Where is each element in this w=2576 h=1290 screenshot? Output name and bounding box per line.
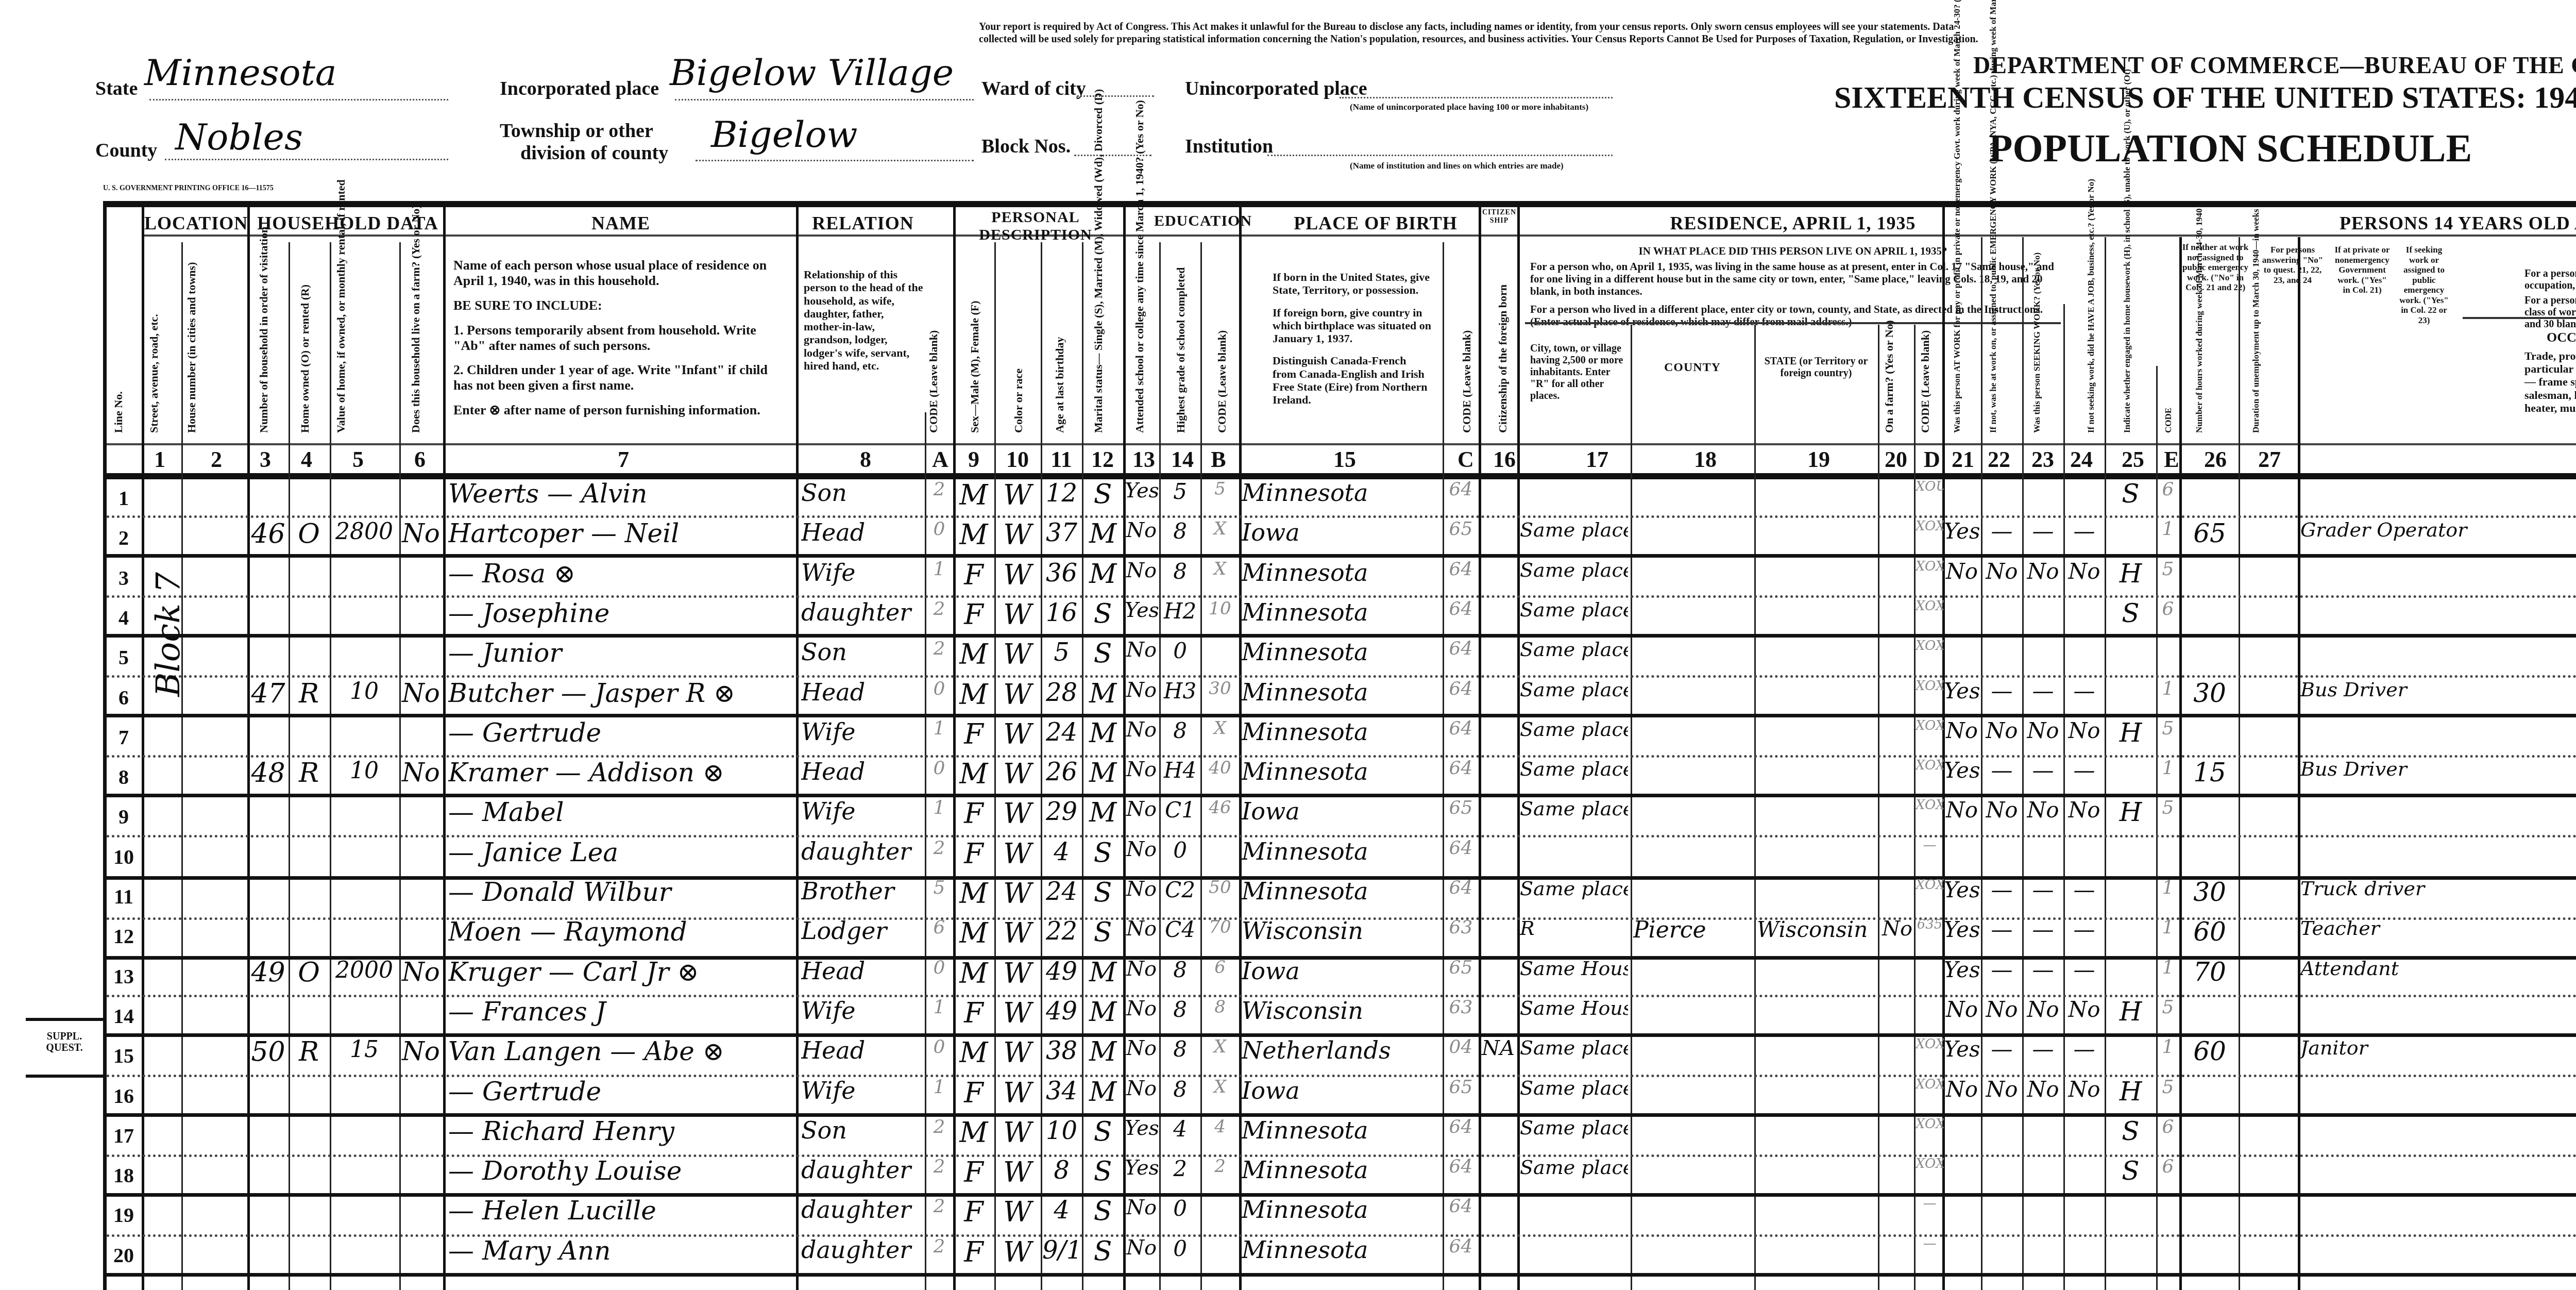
cell-race: W [997, 997, 1038, 1029]
cell-code-b: X [1202, 1036, 1238, 1057]
cell-grade: 2 [1161, 1156, 1199, 1181]
cell-line: 7 [106, 725, 142, 749]
county-header: COUNTY [1633, 361, 1752, 375]
cell-code-a: 0 [926, 1036, 952, 1058]
colnum-6: 6 [410, 446, 430, 473]
cell-name: Kruger — Carl Jr ⊗ [448, 957, 793, 987]
cell-c22: — [1982, 518, 2021, 544]
cell-birthplace: Minnesota [1242, 1196, 1443, 1224]
cell-relation: Lodger [801, 917, 922, 945]
cell-c22: No [1982, 997, 2021, 1022]
cell-farm: No [400, 518, 442, 548]
cell-race: W [997, 678, 1038, 711]
cell-line: 14 [106, 1004, 142, 1028]
cell-age: 12 [1042, 479, 1081, 508]
cell-code-a: 1 [926, 559, 952, 580]
cell-code-d: XOXO [1916, 797, 1944, 813]
cell-res-city: Same place [1520, 877, 1628, 900]
cell-res-state: Wisconsin [1757, 917, 1875, 942]
cell-age: 4 [1042, 837, 1081, 866]
cell-c23: No [2024, 997, 2062, 1022]
cell-sex: F [956, 1077, 992, 1109]
cell-race: W [997, 917, 1038, 949]
cell-age: 34 [1042, 1077, 1081, 1105]
unincorporated-line [1340, 97, 1613, 98]
cell-name: Moen — Raymond [448, 917, 793, 947]
cell-occupation: Attendant [2300, 957, 2573, 980]
county-value: Nobles [175, 116, 303, 158]
cell-name: — Mabel [448, 797, 793, 827]
cell-c24: — [2065, 678, 2104, 703]
cell-farm: No [400, 758, 442, 788]
incorporated-place-label: Incorporated place [500, 77, 659, 100]
cell-birthplace: Netherlands [1242, 1036, 1443, 1064]
cell-grade: 5 [1161, 479, 1199, 504]
cell-code-c: 64 [1444, 877, 1478, 898]
vh-code-c: CODE (Leave blank) [1461, 320, 1472, 433]
cell-code-b: 5 [1202, 479, 1238, 499]
colnum-8: 8 [855, 446, 876, 473]
cell-code-d: XOXO [1916, 638, 1944, 654]
cell-school: No [1125, 957, 1158, 981]
cell-name: Kramer — Addison ⊗ [448, 758, 793, 788]
cell-name: — Donald Wilbur [448, 877, 793, 907]
ward-line [1077, 95, 1154, 97]
if-private-instructions: If at private or nonemergency Government… [2334, 245, 2391, 295]
printer-note: U. S. GOVERNMENT PRINTING OFFICE 16—1157… [103, 185, 274, 193]
colnum-12: 12 [1087, 446, 1118, 473]
cell-code-a: 2 [926, 479, 952, 500]
cell-c25: H [2106, 797, 2155, 827]
occupation-instructions: For a person at work, assigned to public… [2524, 268, 2576, 330]
cell-race: W [997, 1077, 1038, 1109]
cell-c23: No [2024, 718, 2062, 743]
vh-household-number: Number of household in order of visitati… [258, 247, 269, 433]
cell-code-e: 1 [2158, 518, 2178, 540]
cell-farm: No [400, 678, 442, 708]
cell-c23: — [2024, 678, 2062, 703]
cell-code-e: 1 [2158, 1036, 2178, 1058]
vh-code-a: CODE (Leave blank) [927, 335, 939, 433]
cell-owned: R [290, 1036, 328, 1067]
cell-code-b: 2 [1202, 1156, 1238, 1177]
cell-c22: No [1982, 1077, 2021, 1102]
cell-line: 8 [106, 765, 142, 789]
cell-house: 46 [249, 518, 287, 549]
group-residence: RESIDENCE, APRIL 1, 1935 [1525, 212, 2061, 234]
cell-code-c: 64 [1444, 1236, 1478, 1257]
cell-age: 36 [1042, 559, 1081, 588]
cell-birthplace: Minnesota [1242, 1236, 1443, 1264]
cell-birthplace: Iowa [1242, 957, 1443, 985]
cell-c23: — [2024, 917, 2062, 942]
cell-c22: — [1982, 917, 2021, 942]
cell-value: 15 [331, 1036, 398, 1063]
colnum-B: B [1208, 446, 1229, 473]
colnum-27: 27 [2254, 446, 2285, 473]
cell-school: Yes [1125, 598, 1158, 622]
cell-relation: Head [801, 1036, 922, 1064]
cell-value: 10 [331, 678, 398, 705]
cell-marital: M [1083, 997, 1122, 1028]
notice-line-1: Your report is required by Act of Congre… [979, 21, 2576, 33]
cell-res-city: Same place [1520, 598, 1628, 621]
cell-code-d: XOXO [1916, 559, 1944, 574]
cell-c21: Yes [1944, 758, 1980, 783]
cell-code-d: XOXO [1916, 598, 1944, 614]
cell-school: No [1125, 837, 1158, 861]
cell-code-c: 64 [1444, 758, 1478, 779]
cell-code-e: 5 [2158, 797, 2178, 818]
vh-col21: Was this person AT WORK for pay or profi… [1953, 242, 1962, 433]
cell-age: 49 [1042, 997, 1081, 1026]
cell-grade: H4 [1161, 758, 1199, 783]
cell-code-a: 0 [926, 758, 952, 779]
cell-c24: No [2065, 997, 2104, 1022]
colnum-1: 1 [144, 446, 175, 473]
cell-birthplace: Minnesota [1242, 837, 1443, 865]
cell-age: 28 [1042, 678, 1081, 707]
cell-c24: — [2065, 1036, 2104, 1062]
cell-c22: No [1982, 718, 2021, 743]
cell-line: 18 [106, 1163, 142, 1187]
cell-race: W [997, 877, 1038, 910]
vh-age: Age at last birthday [1054, 309, 1065, 433]
row-rule [107, 1273, 2576, 1277]
cell-line: 9 [106, 805, 142, 829]
table-row: 246O2800NoHartcoper — NeilHead0MW37MNo8X… [0, 516, 2576, 556]
cell-birthplace: Minnesota [1242, 1156, 1443, 1184]
cell-code-d: XOXO [1916, 1077, 1944, 1092]
cell-age: 38 [1042, 1036, 1081, 1065]
cell-res-city: Same place [1520, 718, 1628, 741]
cell-hours: 70 [2182, 957, 2238, 987]
table-row: 1Weerts — AlvinSon2MW12SYes55Minnesota64… [0, 477, 2576, 516]
cell-c23: — [2024, 1036, 2062, 1062]
cell-c25: S [2106, 1156, 2155, 1186]
if-seeking-instructions: If seeking work or assigned to public em… [2396, 245, 2452, 325]
group-birth: PLACE OF BIRTH [1273, 212, 1479, 234]
colnum-4: 4 [296, 446, 317, 473]
cell-code-d: XOXO [1916, 1036, 1944, 1052]
cell-race: W [997, 957, 1038, 990]
cell-code-b: 50 [1202, 877, 1238, 898]
cell-res-city: Same place [1520, 1077, 1628, 1099]
cell-age: 37 [1042, 518, 1081, 547]
cell-code-b: 8 [1202, 997, 1238, 1017]
vh-col24: If not seeking work, did he HAVE A JOB, … [2087, 309, 2096, 433]
cell-name: Weerts — Alvin [448, 479, 793, 509]
table-row: 1349O2000NoKruger — Carl Jr ⊗Head0MW49MN… [0, 955, 2576, 995]
cell-birthplace: Minnesota [1242, 559, 1443, 587]
cell-race: W [997, 718, 1038, 750]
cell-school: No [1125, 1077, 1158, 1100]
vh-code-b: CODE (Leave blank) [1216, 320, 1228, 433]
cell-code-a: 0 [926, 957, 952, 978]
vh-line-no: Line No. [112, 268, 124, 433]
cell-school: No [1125, 1036, 1158, 1060]
colnum-10: 10 [1002, 446, 1033, 473]
cell-code-b: 6 [1202, 957, 1238, 978]
cell-c25: H [2106, 718, 2155, 748]
cell-race: W [997, 479, 1038, 511]
cell-c24: — [2065, 877, 2104, 902]
cell-c22: — [1982, 678, 2021, 703]
cell-hours: 30 [2182, 877, 2238, 907]
cell-c25: H [2106, 1077, 2155, 1107]
cell-line: 6 [106, 685, 142, 710]
block-label: Block Nos. [981, 135, 1071, 158]
cell-code-c: 64 [1444, 1156, 1478, 1177]
cell-sex: M [956, 877, 992, 910]
vh-color: Color or race [1012, 335, 1024, 433]
cell-owned: O [290, 518, 328, 549]
cell-code-a: 5 [926, 877, 952, 898]
cell-value: 2000 [331, 957, 398, 983]
cell-c25: S [2106, 479, 2155, 509]
cell-race: W [997, 758, 1038, 790]
cell-c21: No [1944, 997, 1980, 1022]
cell-code-a: 1 [926, 797, 952, 818]
cell-sex: M [956, 1036, 992, 1069]
cell-c21: No [1944, 1077, 1980, 1102]
cell-sex: F [956, 1236, 992, 1268]
occupation-sub-rule [2463, 317, 2576, 319]
cell-grade: 0 [1161, 837, 1199, 863]
cell-code-b: 30 [1202, 678, 1238, 699]
cell-grade: 0 [1161, 1236, 1199, 1261]
cell-grade: 8 [1161, 1077, 1199, 1102]
cell-c24: No [2065, 718, 2104, 743]
cell-relation: Son [801, 638, 922, 666]
cell-c23: No [2024, 559, 2062, 584]
state-header: STATE (or Territory or foreign country) [1757, 356, 1875, 379]
cell-code-a: 2 [926, 1116, 952, 1137]
cell-race: W [997, 1156, 1038, 1188]
colnum-C: C [1455, 446, 1476, 473]
cell-birthplace: Minnesota [1242, 718, 1443, 746]
census-title: SIXTEENTH CENSUS OF THE UNITED STATES: 1… [1834, 80, 2576, 115]
cell-occupation: Grader Operator [2300, 518, 2573, 541]
cell-sex: M [956, 957, 992, 990]
table-row: 17— Richard HenrySon2MW10SYes44Minnesota… [0, 1114, 2576, 1154]
colnum-23: 23 [2027, 446, 2058, 473]
cell-value: 2800 [331, 518, 398, 545]
vh-col27: Duration of unemployment up to March 30,… [2251, 330, 2261, 433]
cell-code-b: X [1202, 518, 1238, 539]
cell-code-c: 64 [1444, 638, 1478, 659]
cell-line: 19 [106, 1203, 142, 1227]
cell-name: — Frances J [448, 997, 793, 1027]
birth-instructions: If born in the United States, give State… [1273, 271, 1432, 407]
cell-marital: M [1083, 797, 1122, 828]
cell-code-c: 64 [1444, 1116, 1478, 1137]
for-persons-instructions: For persons answering "No" to quest. 21,… [2262, 245, 2324, 285]
cell-code-d: — [1916, 1236, 1944, 1251]
cell-relation: Head [801, 678, 922, 706]
cell-occupation: Janitor [2300, 1036, 2573, 1059]
colnum-17: 17 [1582, 446, 1613, 473]
cell-house: 48 [249, 758, 287, 789]
cell-sex: F [956, 1196, 992, 1228]
cell-name: — Janice Lea [448, 837, 793, 867]
cell-res-county: Pierce [1633, 917, 1752, 943]
cell-line: 15 [106, 1044, 142, 1068]
cell-code-b: X [1202, 718, 1238, 739]
cell-farm: No [400, 1036, 442, 1066]
cell-code-c: 63 [1444, 997, 1478, 1018]
cell-sex: F [956, 718, 992, 750]
table-top-border [103, 201, 2576, 207]
cell-relation: daughter [801, 1156, 922, 1184]
occupation-sub-instructions: OCCUPATION Trade, profession, or particu… [2524, 330, 2576, 414]
cell-school: Yes [1125, 1116, 1158, 1140]
vh-attended: Attended school or college any time sinc… [1133, 258, 1145, 433]
colnum-top-rule [107, 443, 2576, 445]
cell-c21: Yes [1944, 957, 1980, 982]
cell-age: 26 [1042, 758, 1081, 786]
cell-race: W [997, 837, 1038, 870]
colnum-A: A [930, 446, 951, 473]
cell-occupation: Bus Driver [2300, 758, 2573, 780]
cell-name: — Josephine [448, 598, 793, 628]
cell-line: 5 [106, 645, 142, 669]
cell-code-e: 5 [2158, 1077, 2178, 1098]
cell-c23: — [2024, 957, 2062, 982]
cell-birthplace: Iowa [1242, 1077, 1443, 1104]
cell-marital: M [1083, 718, 1122, 749]
table-row: 18— Dorothy Louisedaughter2FW8SYes22Minn… [0, 1154, 2576, 1194]
cell-grade: 8 [1161, 997, 1199, 1022]
cell-name: — Gertrude [448, 718, 793, 748]
cell-c25: H [2106, 997, 2155, 1027]
cell-sex: F [956, 598, 992, 631]
table-row: 1550R15NoVan Langen — Abe ⊗Head0MW38MNo8… [0, 1034, 2576, 1074]
cell-age: 49 [1042, 957, 1081, 986]
colnum-11: 11 [1046, 446, 1077, 473]
colnum-16: 16 [1489, 446, 1520, 473]
colnum-25: 25 [2117, 446, 2148, 473]
cell-school: No [1125, 1236, 1158, 1260]
colnum-13: 13 [1128, 446, 1159, 473]
cell-house: 49 [249, 957, 287, 988]
residence-sub-rule [1525, 322, 2061, 324]
group-name: NAME [448, 212, 793, 234]
colnum-19: 19 [1803, 446, 1834, 473]
colnum-15: 15 [1329, 446, 1360, 473]
cell-relation: daughter [801, 837, 922, 865]
colnum-21: 21 [1947, 446, 1978, 473]
cell-owned: R [290, 758, 328, 789]
cell-birthplace: Wisconsin [1242, 917, 1443, 945]
neither-instructions: If neither at work nor assigned to publi… [2177, 242, 2254, 293]
cell-relation: Brother [801, 877, 922, 905]
cell-c21: Yes [1944, 877, 1980, 902]
colnum-18: 18 [1690, 446, 1721, 473]
cell-c25: S [2106, 1116, 2155, 1146]
cell-race: W [997, 598, 1038, 631]
cell-code-c: 65 [1444, 518, 1478, 540]
cell-line: 16 [106, 1084, 142, 1108]
cell-code-e: 5 [2158, 559, 2178, 580]
cell-house: 50 [249, 1036, 287, 1067]
vh-farm: Does this household live on a farm? (Yes… [410, 247, 421, 433]
table-row: 14— Frances JWife1FW49MNo88Wisconsin63Sa… [0, 995, 2576, 1034]
cell-age: 10 [1042, 1116, 1081, 1145]
cell-code-e: 1 [2158, 877, 2178, 898]
cell-c22: — [1982, 877, 2021, 902]
group-location: LOCATION [144, 212, 247, 234]
department-title: DEPARTMENT OF COMMERCE—BUREAU OF THE CEN… [1973, 52, 2576, 79]
cell-c24: No [2065, 797, 2104, 823]
cell-birthplace: Minnesota [1242, 678, 1443, 706]
state-line [149, 99, 448, 100]
cell-c24: — [2065, 957, 2104, 982]
cell-code-e: 6 [2158, 479, 2178, 500]
ward-label: Ward of city [981, 77, 1086, 100]
cell-marital: S [1083, 917, 1122, 948]
cell-line: 2 [106, 526, 142, 550]
table-row: 647R10NoButcher — Jasper R ⊗Head0MW28MNo… [0, 676, 2576, 716]
table-row: 848R10NoKramer — Addison ⊗Head0MW26MNoH4… [0, 756, 2576, 795]
cell-name: — Junior [448, 638, 793, 668]
cell-owned: O [290, 957, 328, 988]
group-occupation: OCCUPATION, INDUSTRY, AND CLASS OF WORKE… [2524, 247, 2576, 264]
table-row: 16— GertrudeWife1FW34MNo8XIowa65Same pla… [0, 1075, 2576, 1114]
cell-c22: — [1982, 758, 2021, 783]
cell-code-a: 2 [926, 638, 952, 659]
cell-code-c: 65 [1444, 797, 1478, 818]
colnum-5: 5 [343, 446, 374, 473]
cell-relation: Wife [801, 797, 922, 825]
cell-age: 22 [1042, 917, 1081, 946]
cell-code-d: 635 [1916, 917, 1944, 932]
cell-house: 47 [249, 678, 287, 709]
cell-res-city: Same place [1520, 1156, 1628, 1179]
colnum-9: 9 [963, 446, 984, 473]
cell-birthplace: Minnesota [1242, 598, 1443, 626]
cell-age: 16 [1042, 598, 1081, 627]
cell-sex: M [956, 479, 992, 511]
cell-code-a: 0 [926, 678, 952, 699]
cell-res-city: Same place [1520, 638, 1628, 661]
cell-c25: S [2106, 598, 2155, 628]
cell-res-farm: No [1880, 917, 1914, 941]
cell-marital: S [1083, 877, 1122, 908]
cell-marital: M [1083, 1036, 1122, 1067]
cell-c23: No [2024, 797, 2062, 823]
colnum-2: 2 [201, 446, 232, 473]
cell-sex: M [956, 678, 992, 711]
cell-race: W [997, 1196, 1038, 1228]
cell-school: No [1125, 718, 1158, 742]
cell-relation: Wife [801, 718, 922, 746]
cell-marital: M [1083, 518, 1122, 549]
cell-res-city: Same House [1520, 957, 1628, 980]
cell-code-a: 6 [926, 917, 952, 938]
table-row: 3— Rosa ⊗Wife1FW36MNo8XMinnesota64Same p… [0, 557, 2576, 596]
cell-c21: Yes [1944, 1036, 1980, 1062]
cell-grade: 8 [1161, 718, 1199, 743]
cell-code-c: 64 [1444, 559, 1478, 580]
cell-name: Butcher — Jasper R ⊗ [448, 678, 793, 708]
cell-code-b: X [1202, 559, 1238, 579]
cell-grade: 8 [1161, 559, 1199, 584]
cell-code-e: 6 [2158, 1116, 2178, 1137]
cell-code-c: 64 [1444, 598, 1478, 619]
cell-school: No [1125, 518, 1158, 542]
cell-age: 8 [1042, 1156, 1081, 1185]
